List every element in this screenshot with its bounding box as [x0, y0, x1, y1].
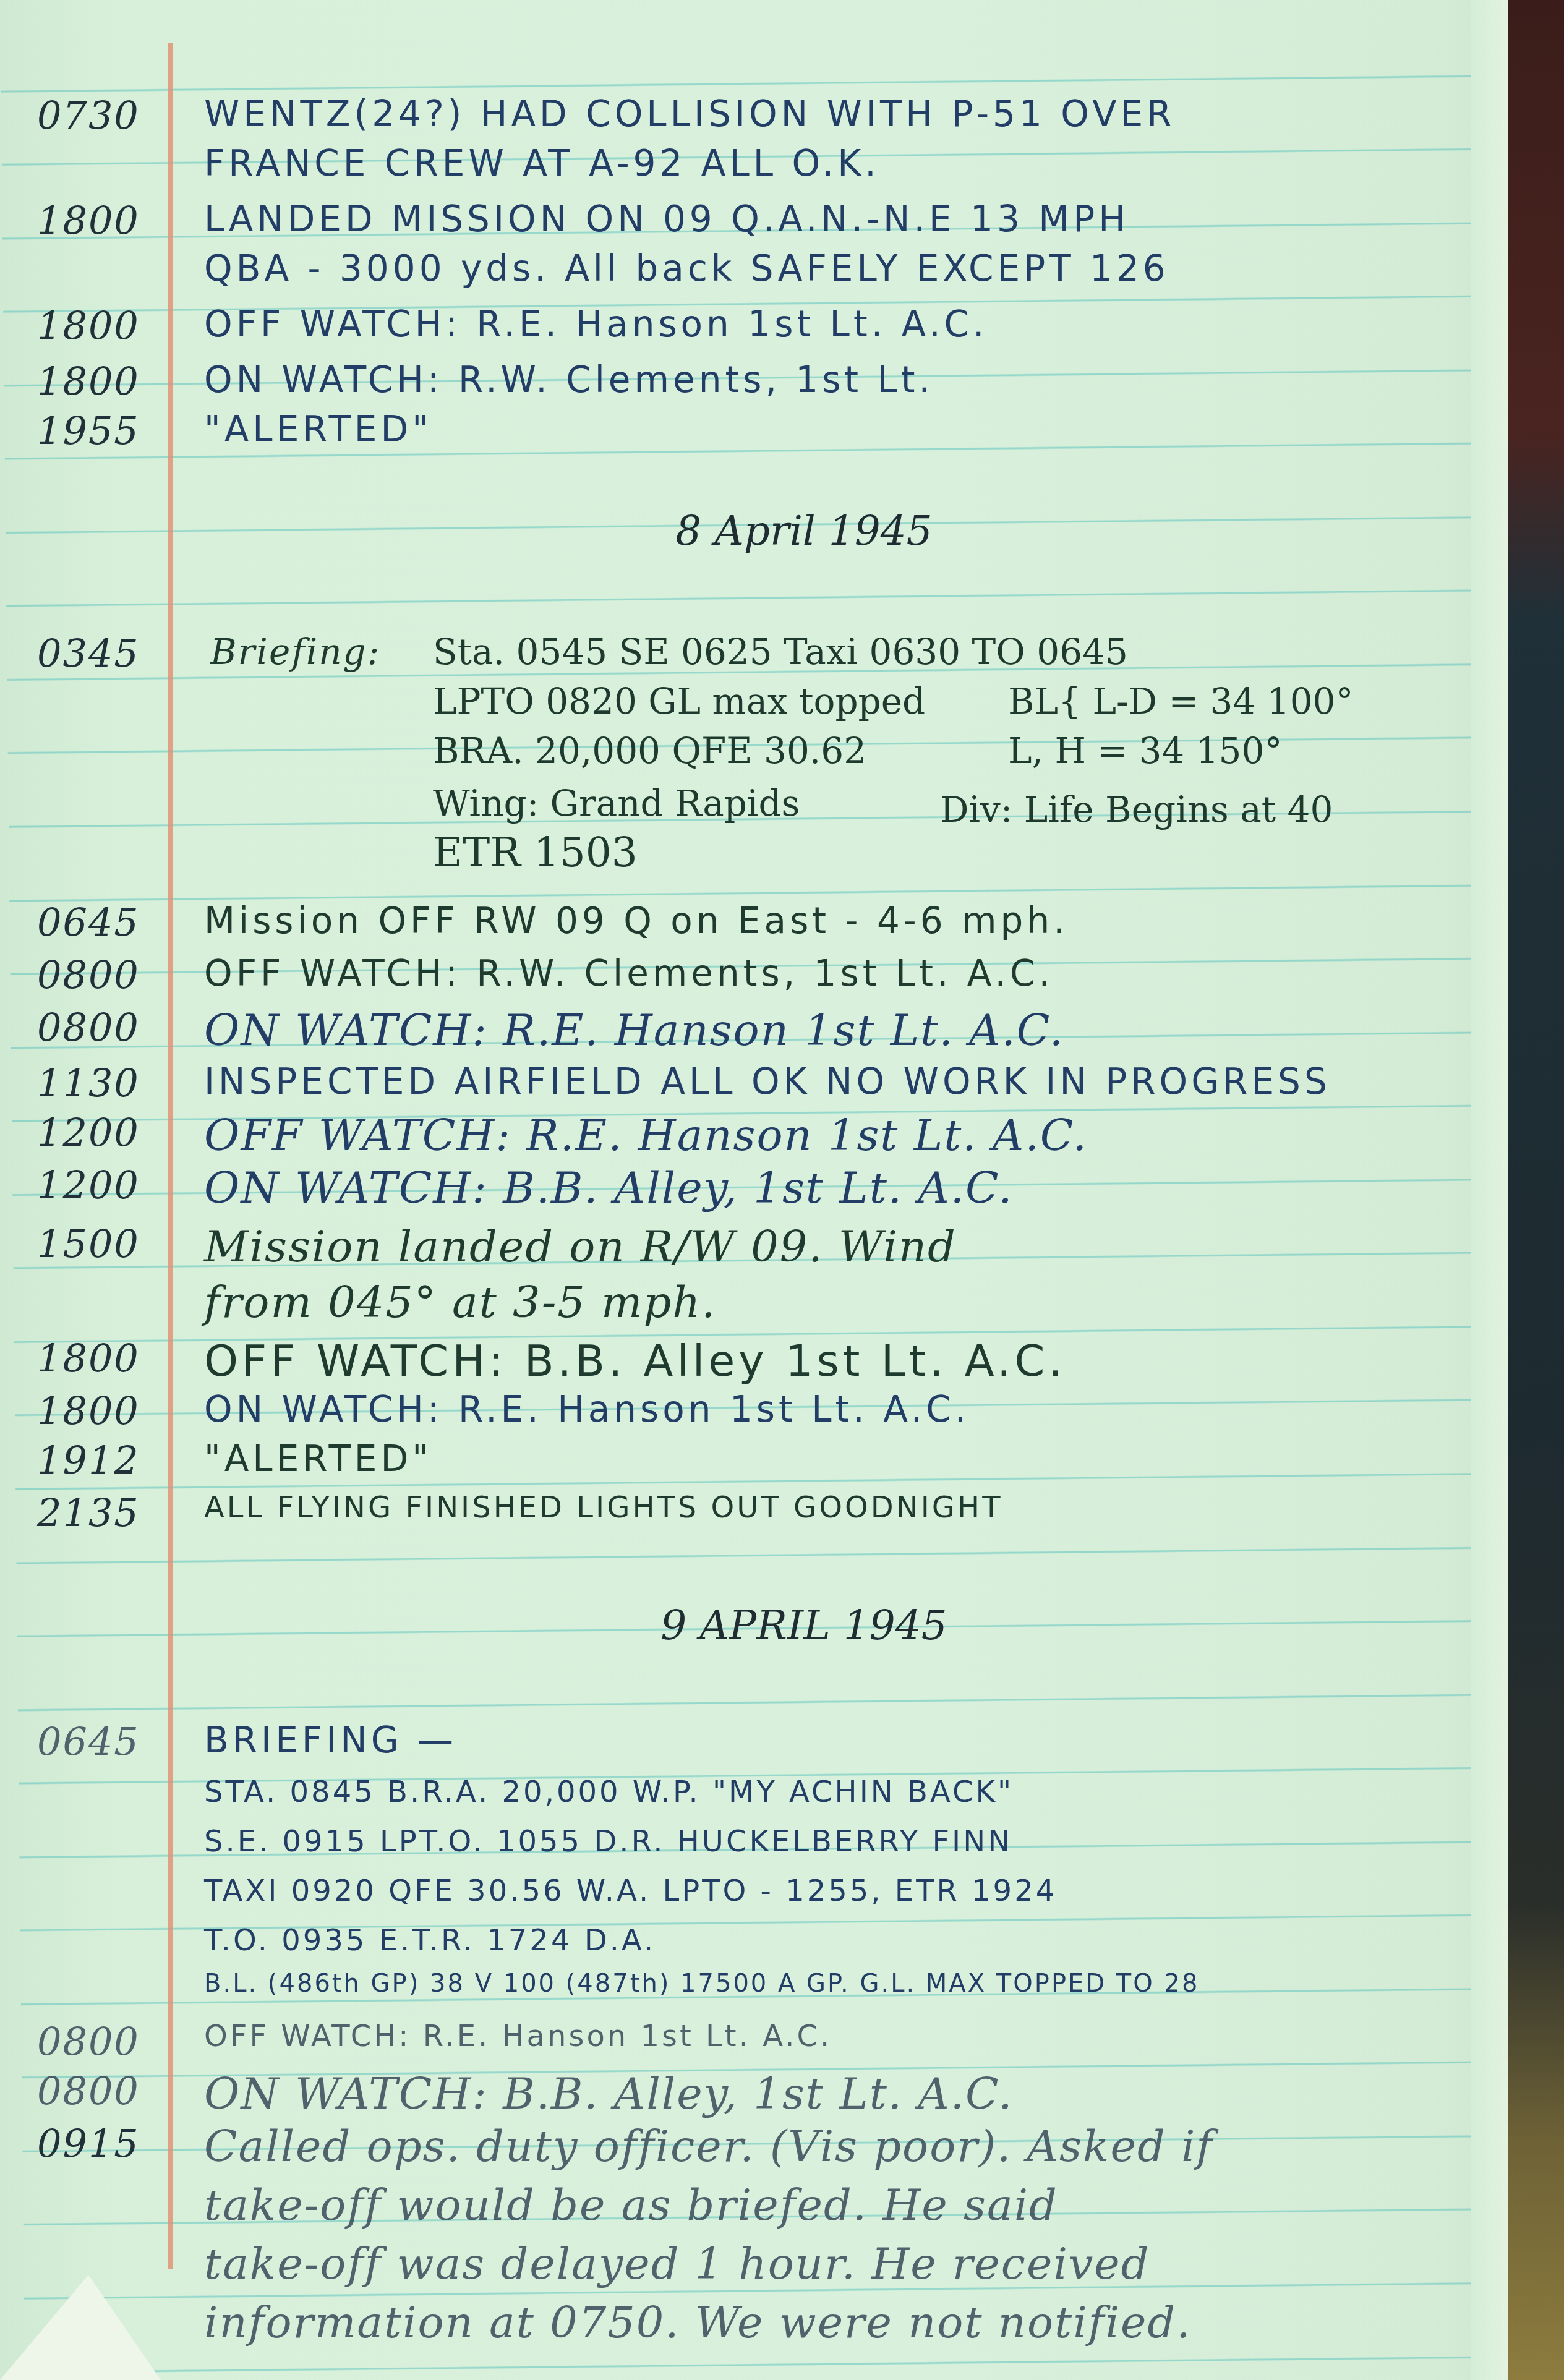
entry-text: Mission OFF RW 09 Q on East - 4-6 mph.	[204, 900, 1472, 942]
entry-time: 1800	[37, 198, 161, 243]
entry-time: 1955	[37, 408, 161, 453]
entry-text: Mission landed on R/W 09. Wind	[204, 1221, 1472, 1272]
entry-text: WENTZ(24?) HAD COLLISION WITH P-51 OVER	[204, 93, 1472, 135]
entry-text: from 045° at 3-5 mph.	[204, 1277, 1472, 1328]
entry-time: 0915	[37, 2121, 161, 2166]
entry-time: 0800	[37, 952, 161, 997]
briefing-line: Sta. 0545 SE 0625 Taxi 0630 TO 0645	[433, 631, 1128, 673]
margin-line	[168, 43, 173, 2269]
briefing-line: L, H = 34 150°	[1008, 730, 1282, 772]
briefing-line: STA. 0845 B.R.A. 20,000 W.P. "MY ACHIN B…	[204, 1775, 1472, 1809]
entry-text: LANDED MISSION ON 09 Q.A.N.-N.E 13 MPH	[204, 198, 1472, 240]
entry-time: 1200	[37, 1110, 161, 1155]
briefing-line: LPTO 0820 GL max topped	[433, 680, 925, 722]
briefing-line: S.E. 0915 LPT.O. 1055 D.R. HUCKELBERRY F…	[204, 1824, 1472, 1859]
briefing-line: B.L. (486th GP) 38 V 100 (487th) 17500 A…	[204, 1969, 1472, 1998]
page-edge	[1471, 0, 1508, 2380]
entry-time: 1800	[37, 303, 161, 348]
entry-text: FRANCE CREW AT A-92 ALL O.K.	[204, 142, 1472, 184]
entry-time: 0345	[37, 631, 161, 676]
entry-text: ON WATCH: R.E. Hanson 1st Lt. A.C.	[204, 1388, 1472, 1430]
entry-text: QBA - 3000 yds. All back SAFELY EXCEPT 1…	[204, 247, 1472, 289]
entry-time: 1200	[37, 1162, 161, 1208]
entry-time: 0730	[37, 93, 161, 138]
entry-text: take-off would be as briefed. He said	[204, 2180, 1472, 2230]
entry-time: 1800	[37, 359, 161, 404]
briefing-line: T.O. 0935 E.T.R. 1724 D.A.	[204, 1923, 1472, 1958]
entry-text: take-off was delayed 1 hour. He received	[204, 2238, 1472, 2289]
entry-time: 1912	[37, 1438, 161, 1483]
entry-time: 2135	[37, 1490, 161, 1535]
entry-text: OFF WATCH: R.E. Hanson 1st Lt. A.C.	[204, 303, 1472, 345]
briefing-label: BRIEFING —	[204, 1719, 1472, 1761]
entry-text: information at 0750. We were not notifie…	[204, 2297, 1472, 2348]
entry-text: OFF WATCH: R.W. Clements, 1st Lt. A.C.	[204, 952, 1472, 994]
entry-text: OFF WATCH: R.E. Hanson 1st Lt. A.C.	[204, 1110, 1472, 1161]
entry-time: 1800	[37, 1388, 161, 1433]
book-binding	[1508, 0, 1564, 2380]
entry-text: OFF WATCH: B.B. Alley 1st Lt. A.C.	[204, 1336, 1472, 1386]
entry-time: 1130	[37, 1060, 161, 1106]
entry-text: Called ops. duty officer. (Vis poor). As…	[204, 2121, 1472, 2172]
briefing-line: TAXI 0920 QFE 30.56 W.A. LPTO - 1255, ET…	[204, 1874, 1472, 1908]
entry-time: 0645	[37, 900, 161, 945]
briefing-line: Wing: Grand Rapids	[433, 782, 800, 824]
entry-text: INSPECTED AIRFIELD ALL OK NO WORK IN PRO…	[204, 1060, 1472, 1103]
entry-time: 0645	[37, 1719, 161, 1764]
entry-time: 0800	[37, 2068, 161, 2113]
entry-text: ON WATCH: R.E. Hanson 1st Lt. A.C.	[204, 1005, 1472, 1056]
date-heading: 8 April 1945	[0, 507, 1484, 555]
entry-time: 0800	[37, 1005, 161, 1050]
briefing-line: BRA. 20,000 QFE 30.62	[433, 730, 866, 772]
entry-text: ON WATCH: B.B. Alley, 1st Lt. A.C.	[204, 2068, 1472, 2119]
entry-time: 1500	[37, 1221, 161, 1266]
briefing-line: Div: Life Begins at 40	[940, 788, 1333, 830]
date-heading: 9 APRIL 1945	[0, 1602, 1484, 1649]
entry-time: 1800	[37, 1336, 161, 1381]
entry-time: 0800	[37, 2019, 161, 2064]
entry-text: ALL FLYING FINISHED LIGHTS OUT GOODNIGHT	[204, 1490, 1472, 1525]
entry-text: ON WATCH: B.B. Alley, 1st Lt. A.C.	[204, 1162, 1472, 1213]
entry-text: ON WATCH: R.W. Clements, 1st Lt.	[204, 359, 1472, 401]
briefing-line: BL{ L-D = 34 100°	[1008, 680, 1354, 722]
entry-text: "ALERTED"	[204, 408, 1472, 450]
entry-text: OFF WATCH: R.E. Hanson 1st Lt. A.C.	[204, 2019, 1472, 2054]
logbook-page: 0730 WENTZ(24?) HAD COLLISION WITH P-51 …	[0, 0, 1509, 2380]
entry-text: "ALERTED"	[204, 1438, 1472, 1480]
briefing-line: ETR 1503	[433, 829, 638, 876]
